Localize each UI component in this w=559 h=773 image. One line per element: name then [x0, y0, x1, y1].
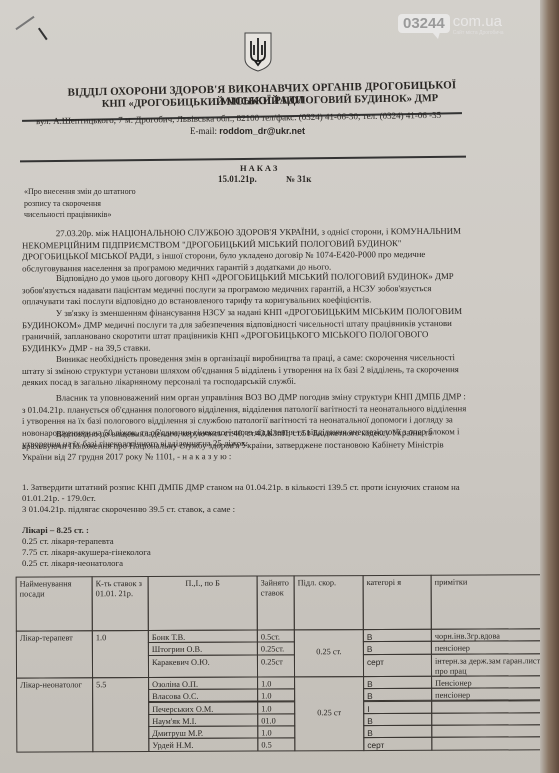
- paragraph: Відповідно до умов цього договору КНП «Д…: [22, 271, 494, 308]
- document-page: ВІДДІЛ ОХОРОНИ ЗДОРОВ'Я ВИКОНАВЧИХ ОРГАН…: [0, 0, 546, 773]
- order-subject: «Про внесення змін до штатного розпису т…: [24, 186, 204, 221]
- org-address: вул. А.Шептицького, 7 м. Дрогобич, Львів…: [36, 110, 441, 126]
- site-watermark: 03244 com.ua Сайт міста Дрогобича: [398, 14, 504, 36]
- category-cell: серт: [363, 653, 432, 677]
- table-header-cell: Зайнято ставок: [257, 575, 295, 630]
- pen-mark: [15, 16, 34, 30]
- category-cell: серт: [363, 737, 432, 751]
- paragraph: Виникає необхідність проведення змін в о…: [22, 352, 494, 389]
- note-cell: [431, 737, 546, 751]
- email-link[interactable]: roddom_dr@ukr.net: [219, 126, 305, 136]
- reduction-cell: 0.25 ст: [294, 676, 364, 751]
- count-cell: 1.0: [92, 630, 149, 678]
- table-header-cell: примітки: [431, 574, 546, 630]
- table-header-cell: категорі я: [363, 575, 432, 630]
- position-cell: Лікар-неонатолог: [16, 677, 93, 752]
- occupied-rate-cell: 0.5: [257, 738, 295, 751]
- staff-table: Найменування посадиК-ть ставок з 01.01. …: [16, 575, 285, 761]
- table-header-cell: П.,І., по Б: [148, 576, 258, 631]
- order-number: № 31к: [286, 174, 311, 184]
- org-email: E-mail: roddom_dr@ukr.net: [190, 126, 305, 136]
- watermark-logo: 03244: [398, 14, 450, 33]
- employee-name-cell: Каракевич О.Ю.: [148, 654, 258, 678]
- trident-coat-of-arms-icon: [243, 31, 273, 73]
- doctors-heading: Лікарі – 8.25 ст. :: [22, 525, 151, 536]
- reduction-cell: 0.25 ст.: [294, 629, 364, 677]
- paragraph: У зв'язку із зменшенням фінансування НЗС…: [22, 306, 494, 355]
- table-header-cell: Найменування посади: [16, 576, 93, 631]
- decisions-list: 1. Затвердити штатний розпис КНП ДМПБ ДМ…: [22, 482, 460, 515]
- order-date: 15.01.21р.: [218, 174, 257, 184]
- paragraph: 27.03.20р. між НАЦІОНАЛЬНОЮ СЛУЖБОЮ ЗДОР…: [22, 226, 494, 275]
- table-header-cell: Підл. скор.: [294, 575, 364, 630]
- table-surface: [540, 0, 559, 773]
- table-header-cell: К-ть ставок з 01.01. 21р.: [92, 576, 149, 631]
- doctors-list: Лікарі – 8.25 ст. : 0.25 ст. лікаря-тера…: [22, 525, 151, 569]
- position-cell: Лікар-терапевт: [16, 630, 93, 678]
- occupied-rate-cell: 0.25ст: [257, 654, 295, 677]
- note-cell: інтерн.за держ.зам гаран.лист про прац: [431, 653, 546, 677]
- count-cell: 5.5: [92, 677, 149, 752]
- paragraph: Відповідно до вищевикладеного, керуючись…: [22, 427, 494, 463]
- pen-mark: [38, 28, 47, 40]
- header-divider: [20, 156, 466, 162]
- order-title: НАКАЗ: [240, 163, 279, 173]
- employee-name-cell: Урдей Н.М.: [148, 738, 258, 752]
